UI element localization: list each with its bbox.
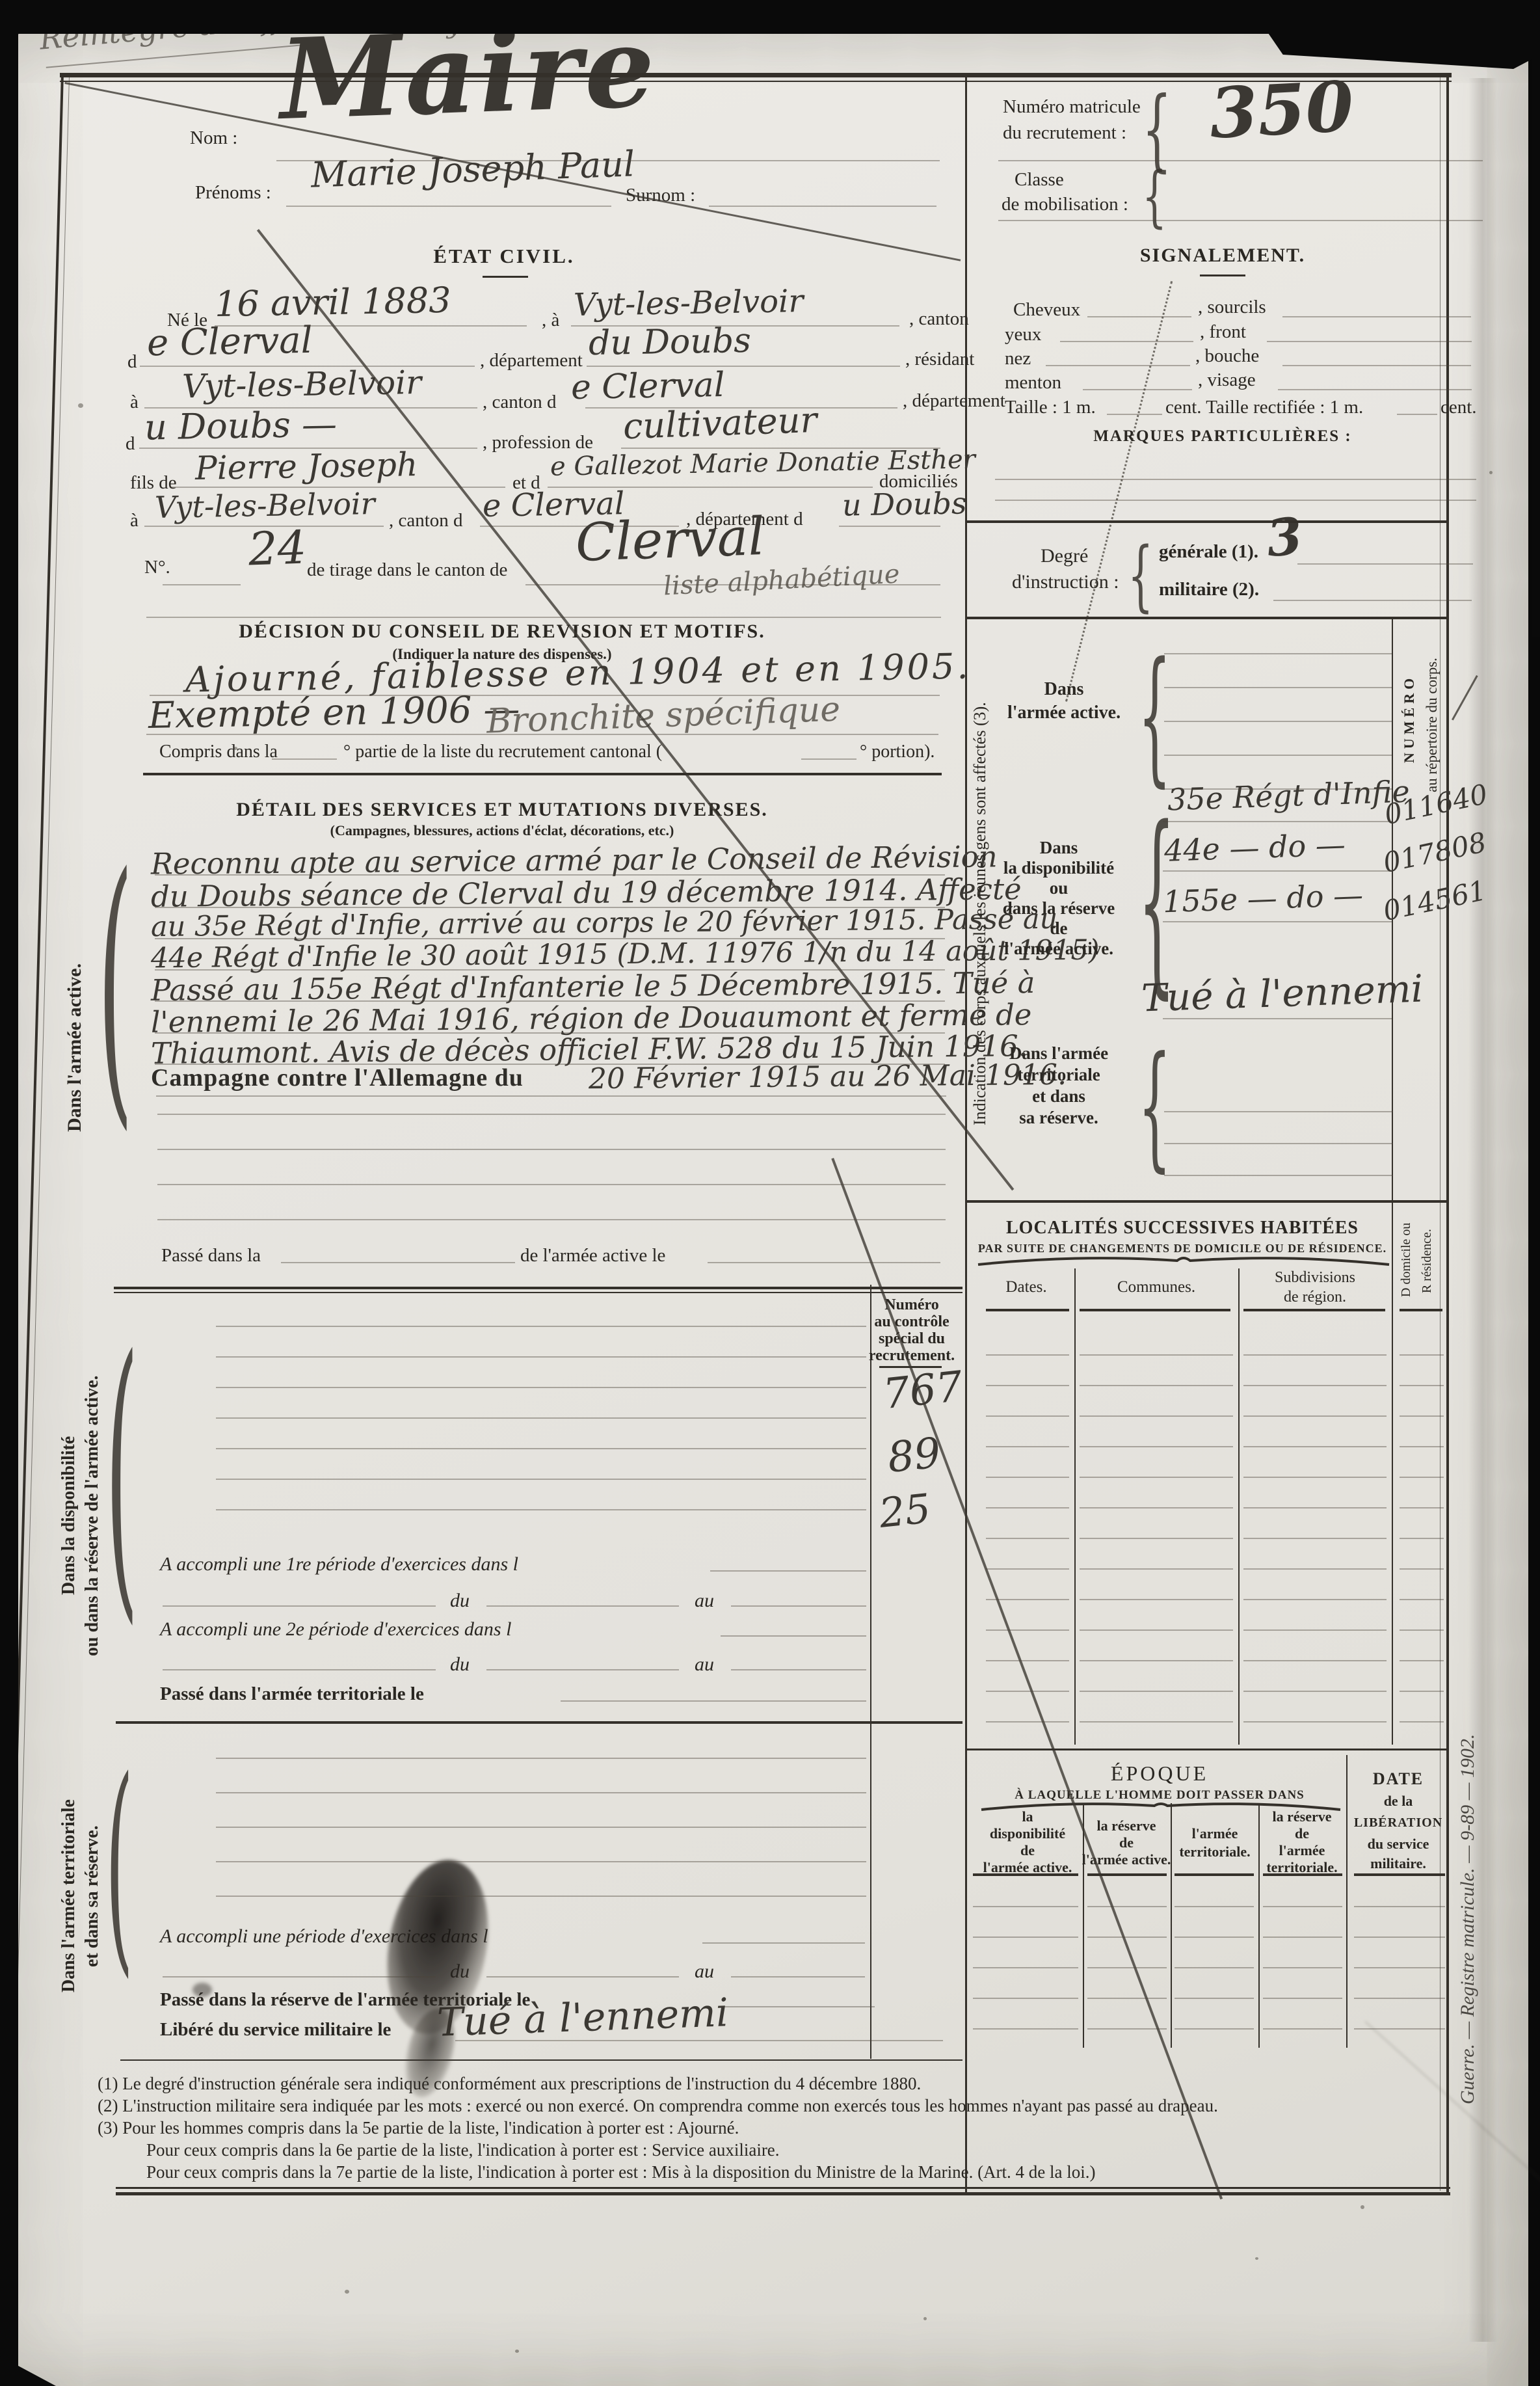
epoque-date-l3: LIBÉRATION bbox=[1354, 1816, 1442, 1829]
rule-line bbox=[1243, 1507, 1387, 1508]
speck bbox=[1489, 471, 1493, 474]
signalement-dash bbox=[1200, 275, 1245, 276]
rule-line bbox=[1243, 1599, 1387, 1600]
rule-line bbox=[1400, 1385, 1444, 1386]
rule-line bbox=[163, 584, 241, 585]
canton-value-2: e Clerval bbox=[571, 368, 725, 405]
rule-line bbox=[1243, 1477, 1387, 1478]
heavy-rule bbox=[116, 2187, 1450, 2189]
libere-value-tue: Tué à l'ennemi bbox=[436, 1993, 729, 2043]
militaire-label: militaire (2). bbox=[1159, 580, 1259, 599]
heavy-rule bbox=[1263, 1873, 1342, 1876]
heavy-rule bbox=[973, 1873, 1078, 1876]
front-label: , front bbox=[1200, 323, 1246, 342]
classe-label-1: Classe bbox=[1015, 170, 1064, 189]
rule-line bbox=[1175, 1998, 1254, 1999]
epoque-subtitle: À LAQUELLE L'HOMME DOIT PASSER DANS bbox=[1015, 1789, 1305, 1801]
terr-side-label-1: Dans l'armée territoriale bbox=[60, 1743, 78, 2049]
rule-line bbox=[1243, 1538, 1387, 1539]
rule-line bbox=[1080, 1538, 1233, 1539]
heavy-rule bbox=[1080, 1309, 1230, 1311]
controle-label-4: recrutement. bbox=[869, 1348, 955, 1363]
rule-line bbox=[1107, 414, 1162, 415]
rule-line bbox=[216, 1896, 866, 1897]
rule-line bbox=[986, 1477, 1069, 1478]
heavy-rule bbox=[1354, 1873, 1445, 1876]
controle-value-1: 767 bbox=[881, 1366, 964, 1415]
a-label-2: à bbox=[130, 393, 139, 412]
rule-line bbox=[986, 1660, 1069, 1661]
rule-line bbox=[1080, 1446, 1233, 1447]
rule-line bbox=[1080, 1599, 1233, 1600]
controle-value-2: 89 bbox=[886, 1432, 943, 1479]
libere-label: Libéré du service militaire le bbox=[160, 2020, 391, 2039]
epoque-date-l5: militaire. bbox=[1370, 1857, 1426, 1871]
heavy-rule bbox=[1087, 1873, 1167, 1876]
rule-line bbox=[1087, 316, 1191, 317]
rule-line bbox=[587, 366, 900, 367]
rule-line bbox=[1267, 341, 1472, 342]
dispo-side-label-1: Dans la disponibilité bbox=[60, 1307, 78, 1724]
rule-line bbox=[1400, 1721, 1444, 1722]
rule-line bbox=[719, 2006, 875, 2007]
rule-line bbox=[1080, 1415, 1233, 1417]
corps-terr-brace: { bbox=[1138, 1039, 1171, 1175]
rule-line bbox=[986, 1629, 1069, 1631]
rule-line bbox=[571, 325, 899, 327]
rule-line bbox=[548, 487, 873, 488]
compris-label-3: ° portion). bbox=[860, 743, 935, 761]
rule-line bbox=[1278, 389, 1472, 390]
rule-line bbox=[986, 1385, 1069, 1386]
scan-edge-top bbox=[0, 0, 1540, 34]
rule-line bbox=[155, 874, 945, 876]
rule-line bbox=[139, 448, 477, 449]
departement-label: , département bbox=[480, 351, 583, 370]
loc-col-subdiv-1: Subdivisions bbox=[1275, 1270, 1355, 1285]
rule-line bbox=[216, 1509, 866, 1510]
departement-value-2: u Doubs — bbox=[144, 407, 338, 445]
rule-line bbox=[1243, 1446, 1387, 1447]
rule-line bbox=[1046, 365, 1190, 366]
rule-line bbox=[986, 1568, 1069, 1570]
rule-line bbox=[1243, 1629, 1387, 1631]
heavy-rule bbox=[1400, 1309, 1442, 1311]
rule-line bbox=[1060, 341, 1193, 342]
rule-line bbox=[1080, 1507, 1233, 1508]
decision-line-2a: Exempté en 1906 — bbox=[148, 691, 520, 734]
rule-line bbox=[276, 160, 940, 161]
parents-residence: Vyt-les-Belvoir bbox=[155, 489, 375, 522]
rule-line bbox=[1164, 721, 1392, 722]
rule-line bbox=[1164, 1143, 1393, 1144]
departement-label-2: , département bbox=[903, 392, 1005, 410]
heavy-rule bbox=[114, 1287, 962, 1289]
rule-line bbox=[1164, 687, 1392, 688]
rule-line bbox=[973, 1998, 1078, 1999]
rule-line bbox=[621, 448, 940, 449]
rule-line bbox=[1243, 1660, 1387, 1661]
rule-line bbox=[216, 1827, 866, 1828]
rule-line bbox=[146, 617, 941, 618]
armee-active-le-label: de l'armée active le bbox=[520, 1246, 665, 1265]
rule-line bbox=[170, 487, 505, 488]
du-label-1: du bbox=[450, 1591, 470, 1611]
epoque-c3-l2: territoriale. bbox=[1179, 1845, 1250, 1859]
speck bbox=[515, 2350, 519, 2353]
rule-line bbox=[1243, 1691, 1387, 1692]
rule-line bbox=[155, 907, 945, 908]
rule-line bbox=[1354, 1937, 1445, 1938]
rule-line bbox=[1263, 1906, 1342, 1907]
heavy-rule bbox=[116, 2192, 1450, 2195]
corps-dispo-l2: la disponibilité bbox=[1003, 859, 1114, 877]
rule-line bbox=[731, 1669, 866, 1670]
rule-line bbox=[1273, 600, 1472, 601]
rule-line bbox=[281, 1262, 515, 1263]
epoque-date-col-line bbox=[1346, 1755, 1347, 2048]
heavy-rule bbox=[965, 1749, 1449, 1750]
rule-line bbox=[155, 1032, 945, 1034]
rule-line bbox=[216, 1356, 866, 1358]
rule-line bbox=[1080, 1385, 1233, 1386]
rule-line bbox=[731, 1976, 865, 1977]
rule-line bbox=[216, 1387, 866, 1388]
footnote-4: Pour ceux compris dans la 6e partie de l… bbox=[146, 2141, 780, 2159]
rule-line bbox=[216, 1417, 866, 1419]
rule-line bbox=[1087, 2028, 1167, 2030]
speck bbox=[345, 2290, 349, 2294]
scan-edge-right-sliver bbox=[1532, 0, 1540, 637]
rule-line bbox=[1163, 921, 1392, 922]
rule-line bbox=[157, 1114, 946, 1115]
loc-col-subdiv-2: de région. bbox=[1284, 1289, 1346, 1305]
residence-value: Vyt-les-Belvoir bbox=[182, 366, 422, 403]
speck bbox=[1361, 2205, 1364, 2209]
rule-line bbox=[731, 1605, 866, 1607]
rule-line bbox=[155, 969, 945, 971]
rule-line bbox=[1354, 2028, 1445, 2030]
rule-line bbox=[144, 526, 384, 527]
nom-label: Nom : bbox=[190, 129, 237, 148]
corps-dispo-l6: l'armée active. bbox=[1004, 940, 1113, 958]
rule-line bbox=[1087, 1998, 1167, 1999]
campagne-stamp: Campagne contre l'Allemagne du bbox=[151, 1066, 524, 1090]
heavy-rule bbox=[965, 1200, 1449, 1203]
rule-line bbox=[1263, 1998, 1342, 1999]
rule-line bbox=[155, 1000, 945, 1002]
rule-line bbox=[1087, 1906, 1167, 1907]
tirage-canton-value: Clerval bbox=[575, 511, 765, 569]
scanned-military-register-sheet: Réintégré à l'effectif Payé le 2 Octobre… bbox=[0, 0, 1540, 2386]
rule-line bbox=[1243, 1385, 1387, 1386]
heavy-rule bbox=[60, 73, 1452, 77]
heavy-rule bbox=[965, 520, 1449, 523]
passe-dans-la-label: Passé dans la bbox=[161, 1246, 261, 1265]
rule-line bbox=[150, 695, 940, 696]
rule-line bbox=[455, 2040, 943, 2041]
rule-line bbox=[1080, 1660, 1233, 1661]
terr-side-label-2: et dans sa réserve. bbox=[83, 1743, 101, 2049]
rule-line bbox=[1397, 414, 1437, 415]
periode-2-label: A accompli une 2e période d'exercices da… bbox=[160, 1620, 511, 1639]
corps-entry-2: 44e — do — bbox=[1163, 829, 1346, 866]
rule-line bbox=[1354, 1998, 1445, 1999]
rule-line bbox=[1263, 2028, 1342, 2030]
epoque-c4-l4: territoriale. bbox=[1266, 1860, 1337, 1875]
corps-terr-l4: sa réserve. bbox=[1019, 1109, 1098, 1127]
passe-territoriale-label: Passé dans l'armée territoriale le bbox=[160, 1685, 424, 1704]
rule-line bbox=[1400, 1568, 1444, 1570]
rule-line bbox=[486, 1976, 679, 1977]
rule-line bbox=[1175, 1967, 1254, 1968]
rule-line bbox=[1400, 1538, 1444, 1539]
rule-line bbox=[1400, 1446, 1444, 1447]
taille-label-1: Taille : 1 m. bbox=[1005, 398, 1096, 417]
footnote-2: (2) L'instruction militaire sera indiqué… bbox=[98, 2097, 1218, 2115]
rule-line bbox=[480, 526, 679, 527]
du-label-2: du bbox=[450, 1655, 470, 1674]
rule-line bbox=[973, 1967, 1078, 1968]
scan-edge-left bbox=[0, 0, 18, 2386]
rule-line bbox=[1080, 1354, 1233, 1356]
localites-title: LOCALITÉS SUCCESSIVES HABITÉES bbox=[1006, 1219, 1359, 1237]
terr-brace: ( bbox=[105, 1750, 133, 1979]
rule-line bbox=[839, 526, 940, 527]
epoque-col-line-3 bbox=[1258, 1803, 1260, 2048]
rule-line bbox=[1164, 755, 1392, 756]
rule-line bbox=[155, 1064, 945, 1065]
rule-line bbox=[1083, 389, 1192, 390]
paper-crease-right bbox=[1468, 78, 1497, 2342]
tirage-label: de tirage dans le canton de bbox=[307, 561, 507, 580]
tirage-no-value: 24 bbox=[248, 524, 307, 572]
frame-right-border bbox=[1446, 73, 1449, 2193]
corps-entry-1: 35e Régt d'Infie bbox=[1167, 777, 1410, 815]
rule-line bbox=[1243, 1721, 1387, 1722]
departement-value-3: u Doubs bbox=[842, 488, 967, 520]
rule-line bbox=[986, 1354, 1069, 1356]
speck bbox=[234, 747, 237, 750]
compris-label-2: ° partie de la liste du recrutement cant… bbox=[343, 743, 662, 761]
epoque-c1-l3: de bbox=[1020, 1843, 1035, 1858]
rule-line bbox=[1400, 1629, 1444, 1631]
departement-value: du Doubs bbox=[589, 324, 752, 360]
loc-dr-side-2: R résidence. bbox=[1420, 1219, 1433, 1304]
father-name: Pierre Joseph bbox=[195, 448, 418, 485]
rule-line bbox=[216, 1758, 866, 1759]
rule-line bbox=[1164, 653, 1392, 654]
rule-line bbox=[1400, 1507, 1444, 1508]
epoque-c4-l2: de bbox=[1295, 1827, 1309, 1841]
au-label-2: au bbox=[695, 1655, 714, 1674]
epoque-col-line-1 bbox=[1083, 1803, 1084, 2048]
au-label-1: au bbox=[695, 1591, 714, 1611]
rule-line bbox=[973, 1937, 1078, 1938]
signalement-title: SIGNALEMENT. bbox=[1140, 246, 1305, 265]
loc-col-communes: Communes. bbox=[1117, 1279, 1195, 1295]
rule-line bbox=[1400, 1415, 1444, 1417]
birthplace-value: Vyt-les-Belvoir bbox=[574, 286, 804, 321]
rule-line bbox=[156, 1095, 946, 1097]
epoque-date-l1: DATE bbox=[1373, 1771, 1424, 1788]
rule-line bbox=[272, 758, 337, 760]
matricule-label-2: du recrutement : bbox=[1003, 124, 1126, 142]
rule-line bbox=[702, 1942, 865, 1944]
epoque-c3-l1: l'armée bbox=[1192, 1827, 1238, 1841]
epoque-c2-l1: la réserve bbox=[1097, 1819, 1156, 1833]
rule-line bbox=[1087, 1967, 1167, 1968]
epoque-c4-l3: l'armée bbox=[1279, 1843, 1325, 1858]
numero-repertoire-label-1: NUMÉRO bbox=[1402, 650, 1416, 787]
corps-active-label-2: l'armée active. bbox=[1007, 704, 1121, 722]
visage-label: , visage bbox=[1198, 371, 1256, 390]
services-title: DÉTAIL DES SERVICES ET MUTATIONS DIVERSE… bbox=[236, 800, 768, 820]
rule-line bbox=[486, 1605, 679, 1607]
corps-entry-3: 155e — do — bbox=[1162, 880, 1363, 917]
rule-line bbox=[1243, 1354, 1387, 1356]
degre-label-2: d'instruction : bbox=[1012, 572, 1119, 592]
terr-au-label: au bbox=[695, 1962, 714, 1981]
rule-line bbox=[525, 584, 940, 585]
residant-label: , résidant bbox=[905, 350, 974, 369]
rule-line bbox=[157, 1184, 946, 1185]
rule-line bbox=[708, 1262, 940, 1263]
rule-line bbox=[163, 1669, 436, 1670]
rule-line bbox=[146, 734, 938, 735]
rule-line bbox=[1400, 1599, 1444, 1600]
loc-col-line-2 bbox=[1238, 1268, 1240, 1745]
rule-line bbox=[1175, 1906, 1254, 1907]
loc-col-line-1 bbox=[1074, 1268, 1076, 1745]
canton-label-2: , canton d bbox=[483, 393, 557, 412]
canton-value: e Clerval bbox=[147, 323, 313, 362]
rule-line bbox=[1164, 1111, 1393, 1112]
rule-line bbox=[1263, 1967, 1342, 1968]
rule-line bbox=[986, 1415, 1069, 1417]
epoque-col-line-2 bbox=[1171, 1803, 1172, 2048]
etat-title-dash bbox=[483, 276, 528, 278]
etat-civil-title: ÉTAT CIVIL. bbox=[433, 246, 574, 266]
rule-line bbox=[216, 1326, 866, 1327]
localites-brace-curve bbox=[976, 1254, 1392, 1266]
rule-line bbox=[998, 220, 1483, 221]
rule-line bbox=[1163, 821, 1392, 822]
heavy-rule bbox=[986, 1309, 1069, 1311]
epoque-c1-l2: disponibilité bbox=[990, 1827, 1065, 1841]
epoque-c1-l1: la bbox=[1022, 1810, 1033, 1824]
rule-line bbox=[1400, 1691, 1444, 1692]
rule-line bbox=[1163, 1018, 1392, 1019]
speck bbox=[1255, 2257, 1258, 2260]
corps-tue-ennemi: Tué à l'ennemi bbox=[1141, 969, 1424, 1017]
rule-line bbox=[1354, 1906, 1445, 1907]
localites-subtitle: PAR SUITE DE CHANGEMENTS DE DOMICILE OU … bbox=[978, 1242, 1387, 1254]
rule-line bbox=[1400, 1477, 1444, 1478]
rule-line bbox=[1080, 1568, 1233, 1570]
rule-line bbox=[1175, 2028, 1254, 2030]
rule-line bbox=[157, 1149, 946, 1150]
rule-line bbox=[1164, 788, 1392, 790]
corps-dispo-l5: de bbox=[1050, 920, 1068, 937]
rule-line bbox=[1175, 1937, 1254, 1938]
heavy-rule bbox=[116, 1721, 962, 1724]
rule-line bbox=[216, 1861, 866, 1862]
decision-title: DÉCISION DU CONSEIL DE REVISION ET MOTIF… bbox=[239, 622, 765, 641]
loc-dr-side-1: D domicile ou bbox=[1400, 1211, 1413, 1309]
rule-line bbox=[216, 1479, 866, 1480]
taille-label-2: cent. Taille rectifiée : 1 m. bbox=[1165, 398, 1363, 417]
corps-dispo-l1: Dans bbox=[1040, 839, 1078, 857]
epoque-title: ÉPOQUE bbox=[1111, 1763, 1208, 1784]
epoque-date-l4: du service bbox=[1368, 1837, 1429, 1851]
rule-line bbox=[998, 160, 1483, 161]
rule-line bbox=[216, 1792, 866, 1793]
periode-1-label: A accompli une 1re période d'exercices d… bbox=[160, 1555, 518, 1574]
corps-terr-l1: Dans l'armée bbox=[1009, 1045, 1108, 1062]
heavy-rule bbox=[965, 617, 1449, 619]
rule-line bbox=[1282, 365, 1471, 366]
heavy-rule bbox=[114, 1292, 962, 1293]
menton-label: menton bbox=[1005, 373, 1061, 392]
speck bbox=[923, 2317, 927, 2320]
controle-label-1: Numéro bbox=[884, 1297, 939, 1313]
rule-line bbox=[995, 479, 1476, 480]
rule-line bbox=[1163, 870, 1392, 872]
rule-line bbox=[157, 1219, 946, 1220]
rule-line bbox=[1400, 1660, 1444, 1661]
epoque-c2-l2: de bbox=[1119, 1836, 1134, 1850]
footnote-5: Pour ceux compris dans la 7e partie de l… bbox=[146, 2164, 1096, 2181]
prenoms-label: Prénoms : bbox=[195, 183, 271, 202]
birthdate-value: 16 avril 1883 bbox=[215, 283, 451, 322]
services-brace: ( bbox=[98, 842, 133, 1134]
rule-line bbox=[986, 1446, 1069, 1447]
heavy-rule bbox=[1175, 1873, 1254, 1876]
rule-line bbox=[986, 1721, 1069, 1722]
rule-line bbox=[986, 1691, 1069, 1692]
rule-line bbox=[1080, 1477, 1233, 1478]
rule-line bbox=[1243, 1568, 1387, 1570]
armee-active-side-label: Dans l'armée active. bbox=[65, 826, 85, 1268]
sourcils-label: , sourcils bbox=[1198, 298, 1266, 317]
heavy-rule bbox=[120, 2059, 962, 2061]
epoque-c1-l4: l'armée active. bbox=[983, 1860, 1072, 1875]
corps-terr-l3: et dans bbox=[1032, 1088, 1085, 1105]
de-label: d bbox=[127, 353, 137, 371]
rule-line bbox=[585, 407, 897, 409]
degre-brace: { bbox=[1128, 537, 1153, 614]
profession-label: , profession de bbox=[483, 433, 593, 452]
loc-col-line-3 bbox=[1392, 1202, 1393, 1745]
rule-line bbox=[986, 1599, 1069, 1600]
generale-label: générale (1). bbox=[1159, 543, 1258, 561]
rule-line bbox=[561, 1700, 866, 1702]
rule-line bbox=[1164, 1175, 1393, 1176]
rule-line bbox=[1087, 1937, 1167, 1938]
rule-line bbox=[986, 1507, 1069, 1508]
generale-value: 3 bbox=[1265, 511, 1305, 565]
tirage-no-label: N°. bbox=[144, 558, 170, 577]
canton-label: , canton bbox=[909, 310, 969, 328]
a-label-3: à bbox=[130, 511, 139, 530]
cheveux-label: Cheveux bbox=[1013, 301, 1080, 319]
rule-line bbox=[710, 1570, 866, 1572]
nez-label: nez bbox=[1005, 349, 1031, 368]
rule-line bbox=[1263, 1937, 1342, 1938]
rule-line bbox=[1080, 1629, 1233, 1631]
bouche-label: , bouche bbox=[1195, 347, 1259, 366]
